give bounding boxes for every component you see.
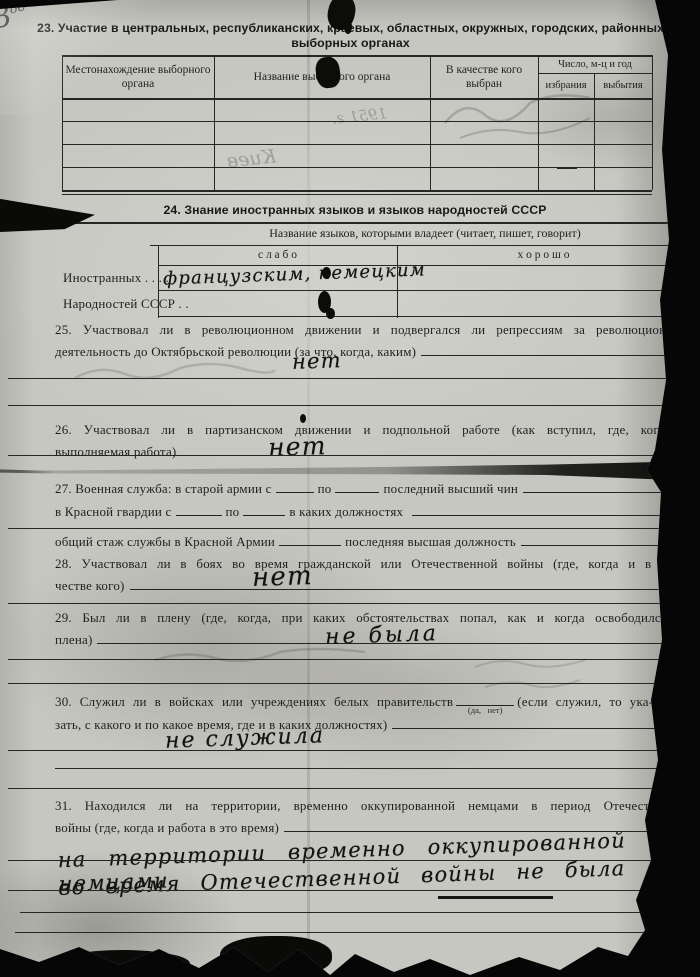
- ink-blot: [344, 20, 352, 34]
- question-27-line-2: в Красной гвардии спов каких должностях: [55, 504, 690, 520]
- ink-blot: [326, 308, 335, 319]
- ink-bleed-squiggle: [470, 655, 590, 695]
- column-header-weak: с л а б о: [158, 249, 397, 263]
- table-border: [62, 194, 652, 195]
- ink-bleed-squiggle: [440, 83, 600, 143]
- corner-fold-highlight: [0, 0, 160, 115]
- handwritten-answer-25: нет: [292, 348, 343, 374]
- ruled-line: [8, 788, 688, 789]
- ruled-line: [20, 912, 660, 913]
- handwritten-answer-28: нет: [251, 561, 313, 593]
- blank-line: [412, 512, 690, 516]
- languages-table: Название языков, которыми владеет (читае…: [55, 222, 690, 318]
- dash-mark: [557, 167, 577, 169]
- row-label-foreign: Иностранных . . . .: [63, 270, 169, 286]
- question-27-line-1: 27. Военная служба: в старой армии спопо…: [55, 481, 690, 497]
- ruled-line: [8, 405, 688, 406]
- ink-bleedthrough-text: 1951 г.: [331, 104, 388, 128]
- column-header-left: выбытия: [594, 79, 652, 93]
- blank-line: [335, 489, 379, 493]
- torn-paper-hole: [220, 936, 332, 977]
- table-border: [62, 190, 652, 192]
- table-column-line: [430, 55, 431, 190]
- paper-crease: [0, 461, 700, 481]
- ruled-line: [8, 750, 688, 751]
- blank-line: [521, 542, 690, 546]
- question-26-line-1: 26. Участвовал ли в партизанском движени…: [55, 422, 690, 438]
- handwritten-answer-26: нет: [268, 431, 328, 462]
- question-28-line-1: 28. Участвовал ли в боях во время гражда…: [55, 556, 690, 572]
- table-header-line: [538, 73, 652, 74]
- blank-line: [421, 352, 690, 356]
- row-label-ussr-peoples: Народностей СССР . .: [63, 296, 189, 312]
- handwritten-languages: французским, немецким: [163, 259, 426, 289]
- table-border: [55, 222, 690, 224]
- blank-line-yes-no: (да, нет): [456, 702, 514, 706]
- question-26-line-2: выполняемая работа): [55, 444, 690, 460]
- blank-line: [392, 725, 690, 729]
- vertical-fold-line: [307, 0, 310, 977]
- scanned-document-photo: 8об 23. Участие в центральных, республик…: [0, 0, 700, 977]
- question-25-line-1: 25. Участвовал ли в революционном движен…: [55, 322, 690, 338]
- ink-blot: [300, 414, 306, 423]
- column-header-good: х о р о ш о: [397, 249, 690, 263]
- ink-bleed-squiggle: [150, 646, 370, 668]
- blank-line: [130, 586, 690, 590]
- table-column-line: [214, 55, 215, 190]
- question-25-line-2: деятельность до Октябрьской революции (з…: [55, 344, 690, 360]
- column-header-date-group: Число, м-ц и год: [538, 58, 652, 72]
- blank-line: [176, 512, 222, 516]
- ruled-line: [8, 603, 688, 604]
- ink-bleed-squiggle: [70, 360, 280, 386]
- handwritten-emphasis-underline: [438, 896, 553, 899]
- ruled-line: [8, 378, 688, 379]
- question-31-line-1: 31. Находился ли на территории, временно…: [55, 798, 690, 814]
- table-header-line: [150, 245, 690, 246]
- table-row-line: [158, 290, 690, 291]
- question-24-title: 24. Знание иностранных языков и языков н…: [55, 203, 655, 218]
- table-row-line: [158, 316, 690, 317]
- ruled-line: [8, 890, 688, 891]
- questionnaire-page: 8об 23. Участие в центральных, республик…: [0, 0, 700, 977]
- blank-line: [243, 512, 285, 516]
- languages-header: Название языков, которыми владеет (читае…: [160, 227, 690, 241]
- ruled-line: [15, 932, 645, 933]
- question-30-line-1: 30. Служил ли в войсках или учреждениях …: [55, 694, 690, 710]
- question-28-line-2: честве кого): [55, 578, 690, 594]
- blank-line: [523, 489, 690, 493]
- ruled-line: [8, 528, 688, 529]
- ruled-line: [55, 768, 688, 769]
- ink-bleedthrough-text: Киев: [226, 145, 277, 172]
- question-27-line-3: общий стаж службы в Красной Армиипоследн…: [55, 534, 690, 550]
- yes-no-hint: (да, нет): [468, 705, 503, 715]
- ruled-line: [8, 455, 688, 456]
- blank-line: [279, 542, 341, 546]
- torn-paper-hole: [55, 950, 190, 977]
- ink-blot: [322, 267, 331, 279]
- question-30-line-2: зать, с какого и по какое время, где и в…: [55, 717, 690, 733]
- table-row-line: [62, 144, 652, 145]
- table-border: [652, 55, 653, 190]
